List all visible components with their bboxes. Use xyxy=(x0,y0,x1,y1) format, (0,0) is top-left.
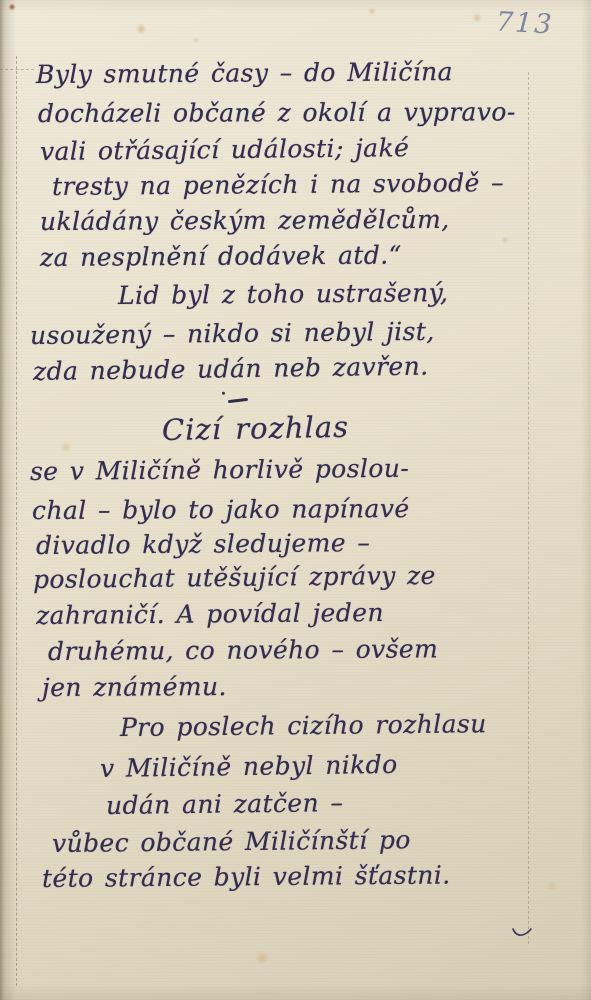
handwritten-line: zda nebude udán neb zavřen. xyxy=(33,351,429,386)
handwritten-line: Byly smutné časy – do Miličína xyxy=(36,57,453,89)
handwritten-line: vůbec občané Miličínští po xyxy=(52,825,411,858)
handwritten-line: druhému, co nového – ovšem xyxy=(48,634,438,666)
pen-checkmark xyxy=(511,924,533,943)
handwritten-line: usoužený – nikdo si nebyl jist, xyxy=(30,317,435,350)
page-number: 713 xyxy=(495,7,554,41)
handwritten-line: poslouchat utěšující zprávy ze xyxy=(33,561,436,594)
handwritten-line: Lid byl z toho ustrašený, xyxy=(118,278,448,310)
handwritten-line: této stránce byli velmi šťastni. xyxy=(42,860,451,893)
handwritten-line: zahraničí. A povídal jeden xyxy=(36,598,384,630)
handwritten-line: vali otřásající události; jaké xyxy=(40,133,410,166)
margin-rule-top-segment xyxy=(0,69,34,70)
manuscript-page: 713 Byly smutné časy – do Miličína dochá… xyxy=(0,0,591,1000)
handwritten-line: se v Miličíně horlivě poslou- xyxy=(30,454,409,486)
handwritten-line: docházeli občané z okolí a vypravo- xyxy=(38,97,516,128)
section-separator-mark xyxy=(228,398,248,403)
handwritten-line: jen známému. xyxy=(42,672,227,702)
handwritten-line: divadlo když sledujeme – xyxy=(36,528,370,560)
handwritten-line: udán ani zatčen – xyxy=(106,788,344,820)
handwritten-line: v Miličíně nebyl nikdo xyxy=(100,750,398,783)
checkmark-icon xyxy=(511,925,533,939)
handwritten-line: Pro poslech cizího rozhlasu xyxy=(120,709,487,742)
handwritten-line: tresty na penězích i na svobodě – xyxy=(52,168,504,201)
handwritten-line: chal – bylo to jako napínavé xyxy=(32,494,410,525)
margin-rule-left xyxy=(16,56,17,986)
handwritten-line: ukládány českým zemědělcům, xyxy=(40,205,450,236)
section-heading: Cizí rozhlas xyxy=(162,410,350,447)
handwritten-line: za nesplnění dodávek atd.“ xyxy=(40,240,402,272)
margin-rule-right xyxy=(528,72,529,944)
